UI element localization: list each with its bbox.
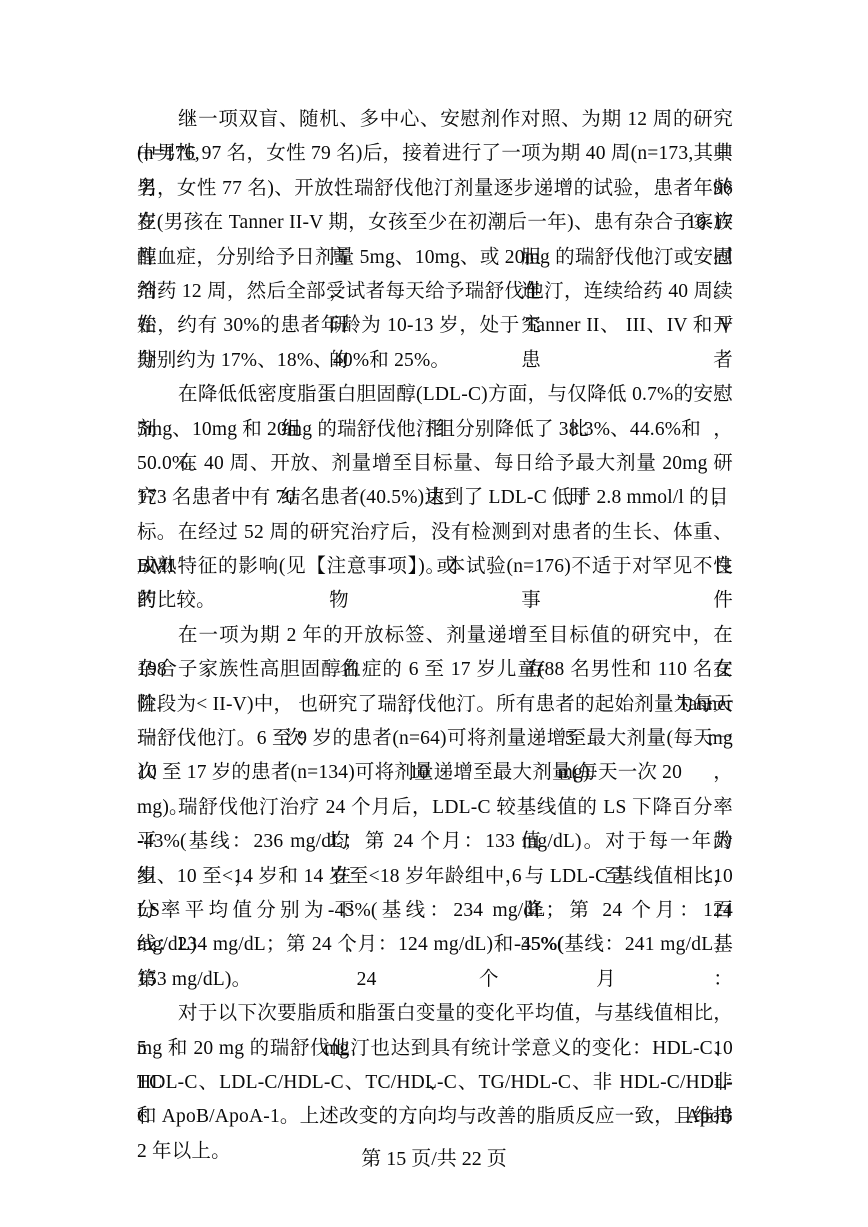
text-line: 岁、10 至<14 岁和 14 岁至<18 岁年龄组中，与 LDL-C 基线值相…	[137, 860, 733, 894]
text-line: 瑞舒伐他汀。6 至 9 岁的患者(n=64)可将剂量递增至最大剂量(每天一次 1…	[137, 722, 733, 756]
text-line: 杂合子家族性高胆固醇血症的 6 至 17 岁儿童(88 名男性和 110 名女性…	[137, 653, 733, 687]
text-line: HDL-C、LDL-C/HDL-C、TC/HDL-C、TG/HDL-C、非 HD…	[137, 1066, 733, 1100]
text-line: 始，约有 30%的患者年龄为 10-13 岁，处于 Tanner II、 III…	[137, 309, 733, 343]
paragraph: 对于以下次要脂质和脂蛋白变量的变化平均值，与基线值相比，5 mg、10 mg 和…	[137, 997, 733, 1135]
document-body: 继一项双盲、随机、多中心、安慰剂作对照、为期 12 周的研究(n=176,其 中…	[137, 103, 733, 1135]
page-footer: 第 15 页/共 22 页	[0, 1144, 868, 1174]
text-line: 在降低低密度脂蛋白胆固醇(LDL-C)方面，与仅降低 0.7%的安慰剂组相比，	[137, 378, 733, 412]
text-line: 在一项为期 2 年的开放标签、剂量递增至目标值的研究中，在 198 名存在	[137, 619, 733, 653]
text-line: mg 和 20 mg 的瑞舒伐他汀也达到具有统计学意义的变化：HDL-C、TC、…	[137, 1032, 733, 1066]
text-line: 给药 12 周，然后全部受试者每天给予瑞舒伐他汀，连续给药 40 周。在研究开	[137, 275, 733, 309]
text-line: 分率平均值分别为-43%(基线：234 mg/dL；第 24 个月：124 mg…	[137, 894, 733, 928]
text-line: 173 名患者中有 70 名患者(40.5%)达到了 LDL-C 低于 2.8 …	[137, 481, 733, 515]
paragraph: 继一项双盲、随机、多中心、安慰剂作对照、为期 12 周的研究(n=176,其 中…	[137, 103, 733, 378]
text-line: 线：234 mg/dL；第 24 个月：124 mg/dL)和-35%(基线：2…	[137, 928, 733, 962]
text-line: 瑞舒伐他汀治疗 24 个月后，LDL-C 较基线值的 LS 下降百分率平均值为	[137, 791, 733, 825]
text-line: 成熟特征的影响(见【注意事项】)。本试验(n=176)不适于对罕见不良药物事件	[137, 550, 733, 584]
paragraph: 在降低低密度脂蛋白胆固醇(LDL-C)方面，与仅降低 0.7%的安慰剂组相比， …	[137, 378, 733, 447]
text-line: -43%(基线：236 mg/dL；第 24 个月：133 mg/dL)。对于每…	[137, 825, 733, 859]
paragraph: 在 40 周、开放、剂量增至目标量、每日给予最大剂量 20mg 研究结束时， 1…	[137, 447, 733, 516]
text-line: 醇血症，分别给予日剂量 5mg、10mg、或 20mg 的瑞舒伐他汀或安慰剂，连…	[137, 241, 733, 275]
text-line: 和 ApoB/ApoA-1。上述改变的方向均与改善的脂质反应一致，且维持 2 年…	[137, 1100, 733, 1134]
text-line: 继一项双盲、随机、多中心、安慰剂作对照、为期 12 周的研究(n=176,其	[137, 103, 733, 137]
text-line: 阶段为< II-V)中， 也研究了瑞舒伐他汀。所有患者的起始剂量为每天一次 5 …	[137, 688, 733, 722]
paragraph: 在经过 52 周的研究治疗后，没有检测到对患者的生长、体重、BMI 或性 成熟特…	[137, 516, 733, 619]
text-line: 名，女性 77 名)、开放、瑞舒伐他汀剂量逐步递增的试验，患者年龄在 10-17	[137, 172, 733, 206]
paragraph: 瑞舒伐他汀治疗 24 个月后，LDL-C 较基线值的 LS 下降百分率平均值为 …	[137, 791, 733, 997]
paragraph: 在一项为期 2 年的开放标签、剂量递增至目标值的研究中，在 198 名存在 杂合…	[137, 619, 733, 791]
text-line: 在经过 52 周的研究治疗后，没有检测到对患者的生长、体重、BMI 或性	[137, 516, 733, 550]
text-line: 在 40 周、开放、剂量增至目标量、每日给予最大剂量 20mg 研究结束时，	[137, 447, 733, 481]
text-line: 岁(男孩在 Tanner II-V 期，女孩至少在初潮后一年)、患有杂合子家族性…	[137, 206, 733, 240]
text-line: 中男性 97 名，女性 79 名)后，接着进行了一项为期 40 周(n=173,…	[137, 137, 733, 171]
text-line: 5mg、10mg 和 20mg 的瑞舒伐他汀组分别降低了 38.3%、44.6%…	[137, 413, 733, 447]
text-line: 10 至 17 岁的患者(n=134)可将剂量递增至最大剂量(每天一次 20 m…	[137, 756, 733, 790]
text-line: 对于以下次要脂质和脂蛋白变量的变化平均值，与基线值相比，5 mg、10	[137, 997, 733, 1031]
document-page: { "page": { "background_color": "#ffffff…	[0, 0, 868, 1227]
